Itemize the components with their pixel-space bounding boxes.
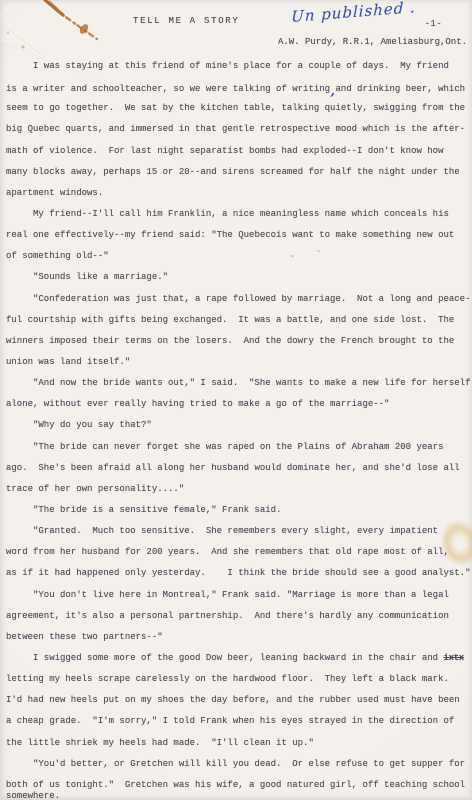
typescript-line: between these two partners--" [6, 627, 470, 648]
typescript-line: "The bride is a sensitive female," Frank… [6, 500, 470, 521]
typescript-line: "Sounds like a marriage." [6, 267, 470, 288]
typescript-line: alone, without ever really having tried … [6, 394, 470, 415]
typescript-line: "Confederation was just that, a rape fol… [6, 289, 470, 310]
typescript-line: apartment windows. [6, 183, 470, 204]
typescript-line: is a writer and schoolteacher, so we wer… [6, 77, 470, 98]
typescript-line: the little shriek my heels had made. "I'… [6, 733, 470, 754]
page-number: -1- [425, 18, 442, 30]
typescript-line: "Granted. Much too sensitive. She rememb… [6, 521, 470, 542]
typescript-line: I swigged some more of the good Dow beer… [6, 648, 470, 669]
typescript-line: "You don't live here in Montreal," Frank… [6, 585, 470, 606]
typescript-line: word from her husband for 200 years. And… [6, 542, 470, 563]
paper-crease [0, 0, 13, 34]
typescript-line: I was staying at this friend of mine's p… [6, 56, 470, 77]
typescript-line: letting my heels scrape carelessly on th… [6, 669, 470, 690]
typescript-text: and drinking beer, which [335, 84, 465, 94]
typescript-line: big Quebec quarts, and immersed in that … [6, 119, 470, 140]
typescript-line: trace of her own personality...." [6, 479, 470, 500]
typescript-line: seem to go together. We sat by the kitch… [6, 98, 470, 119]
typescript-line: as if it had happened only yesterday. I … [6, 563, 470, 584]
manuscript-page: Un published . TELL ME A STORY -1- A.W. … [0, 0, 472, 800]
typescript-line: union was land itself." [6, 352, 470, 373]
typescript-line: "The bride can never forget she was rape… [6, 437, 470, 458]
page-title: TELL ME A STORY [133, 14, 240, 28]
struck-out-word: ixtx [443, 653, 463, 663]
typescript-line: winners imposed their terms on the loser… [6, 331, 470, 352]
typescript-line: I'd had new heels put on my shoes the da… [6, 690, 470, 711]
typescript-line: a cheap grade. "I'm sorry," I told Frank… [6, 711, 470, 732]
typescript-line: ful courtship with gifts being exchanged… [6, 310, 470, 331]
typescript-line: My friend--I'll call him Franklin, a nic… [6, 204, 470, 225]
typescript-line: of something old--" [6, 246, 470, 267]
typescript-line: "You'd better, or Gretchen will kill you… [6, 754, 470, 775]
typescript-line: math of violence. For last night separat… [6, 141, 470, 162]
paper-crease [0, 14, 48, 59]
typescript-body: I was staying at this friend of mine's p… [6, 56, 470, 800]
typescript-text: is a writer and schoolteacher, so we wer… [6, 84, 330, 94]
byline: A.W. Purdy, R.R.1, Ameliasburg,Ont. [278, 36, 467, 49]
typescript-line: real one effectively--my friend said: "T… [6, 225, 470, 246]
handwritten-comma-annotation: , [330, 81, 335, 102]
typescript-line: agreement, it's also a personal partners… [6, 606, 470, 627]
typescript-line: "And now the bride wants out," I said. "… [6, 373, 470, 394]
typescript-line: both of us tonight." Gretchen was his wi… [6, 775, 470, 796]
typescript-line: "Why do you say that?" [6, 415, 470, 436]
typescript-text: I swigged some more of the good Dow beer… [33, 653, 443, 663]
typescript-line: many blocks away, perhaps 15 or 20--and … [6, 162, 470, 183]
typescript-line: ago. She's been afraid all along her hus… [6, 458, 470, 479]
